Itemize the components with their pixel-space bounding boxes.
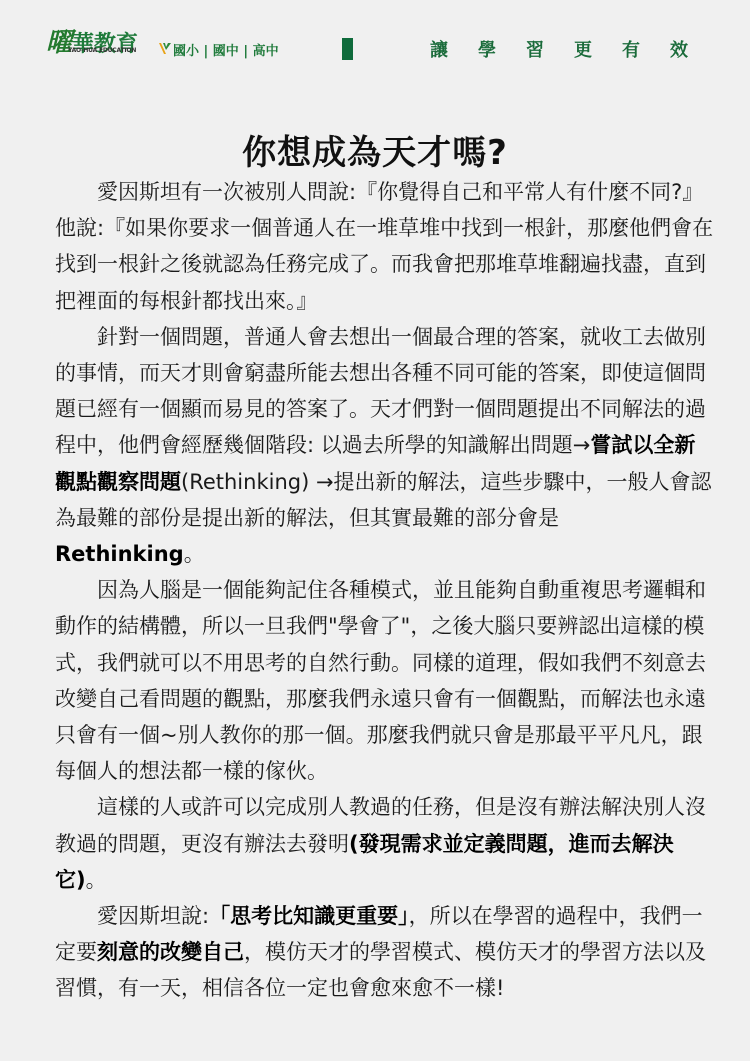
slogan: 讓學習更有效 xyxy=(430,36,718,62)
header-accent-bar xyxy=(342,38,353,60)
paragraph-2: 針對一個問題，普通人會去想出一個最合理的答案，就收工去做別的事情，而天才則會窮盡… xyxy=(55,319,715,572)
logo-subtitle: YAO-HUA EDUCATION xyxy=(68,47,136,54)
paragraph-1: 愛因斯坦有一次被別人問說:『你覺得自己和平常人有什麼不同?』他說:『如果你要求一… xyxy=(55,174,715,319)
school-levels: 國小 | 國中 | 高中 xyxy=(173,40,279,59)
logo-mark-icon xyxy=(159,42,171,54)
page-header: 曜華教育 YAO-HUA EDUCATION 國小 | 國中 | 高中 讓學習更… xyxy=(0,0,750,80)
paragraph-3: 因為人腦是一個能夠記住各種模式，並且能夠自動重複思考邏輯和動作的結構體，所以一旦… xyxy=(55,572,715,789)
article-body: 愛因斯坦有一次被別人問說:『你覺得自己和平常人有什麼不同?』他說:『如果你要求一… xyxy=(55,174,715,1007)
article-title: 你想成為天才嗎? xyxy=(0,125,750,174)
paragraph-4: 這樣的人或許可以完成別人教過的任務，但是沒有辦法解決別人沒教過的問題，更沒有辦法… xyxy=(55,789,715,898)
paragraph-5: 愛因斯坦說:「思考比知識更重要」，所以在學習的過程中，我們一定要刻意的改變自己，… xyxy=(55,898,715,1007)
